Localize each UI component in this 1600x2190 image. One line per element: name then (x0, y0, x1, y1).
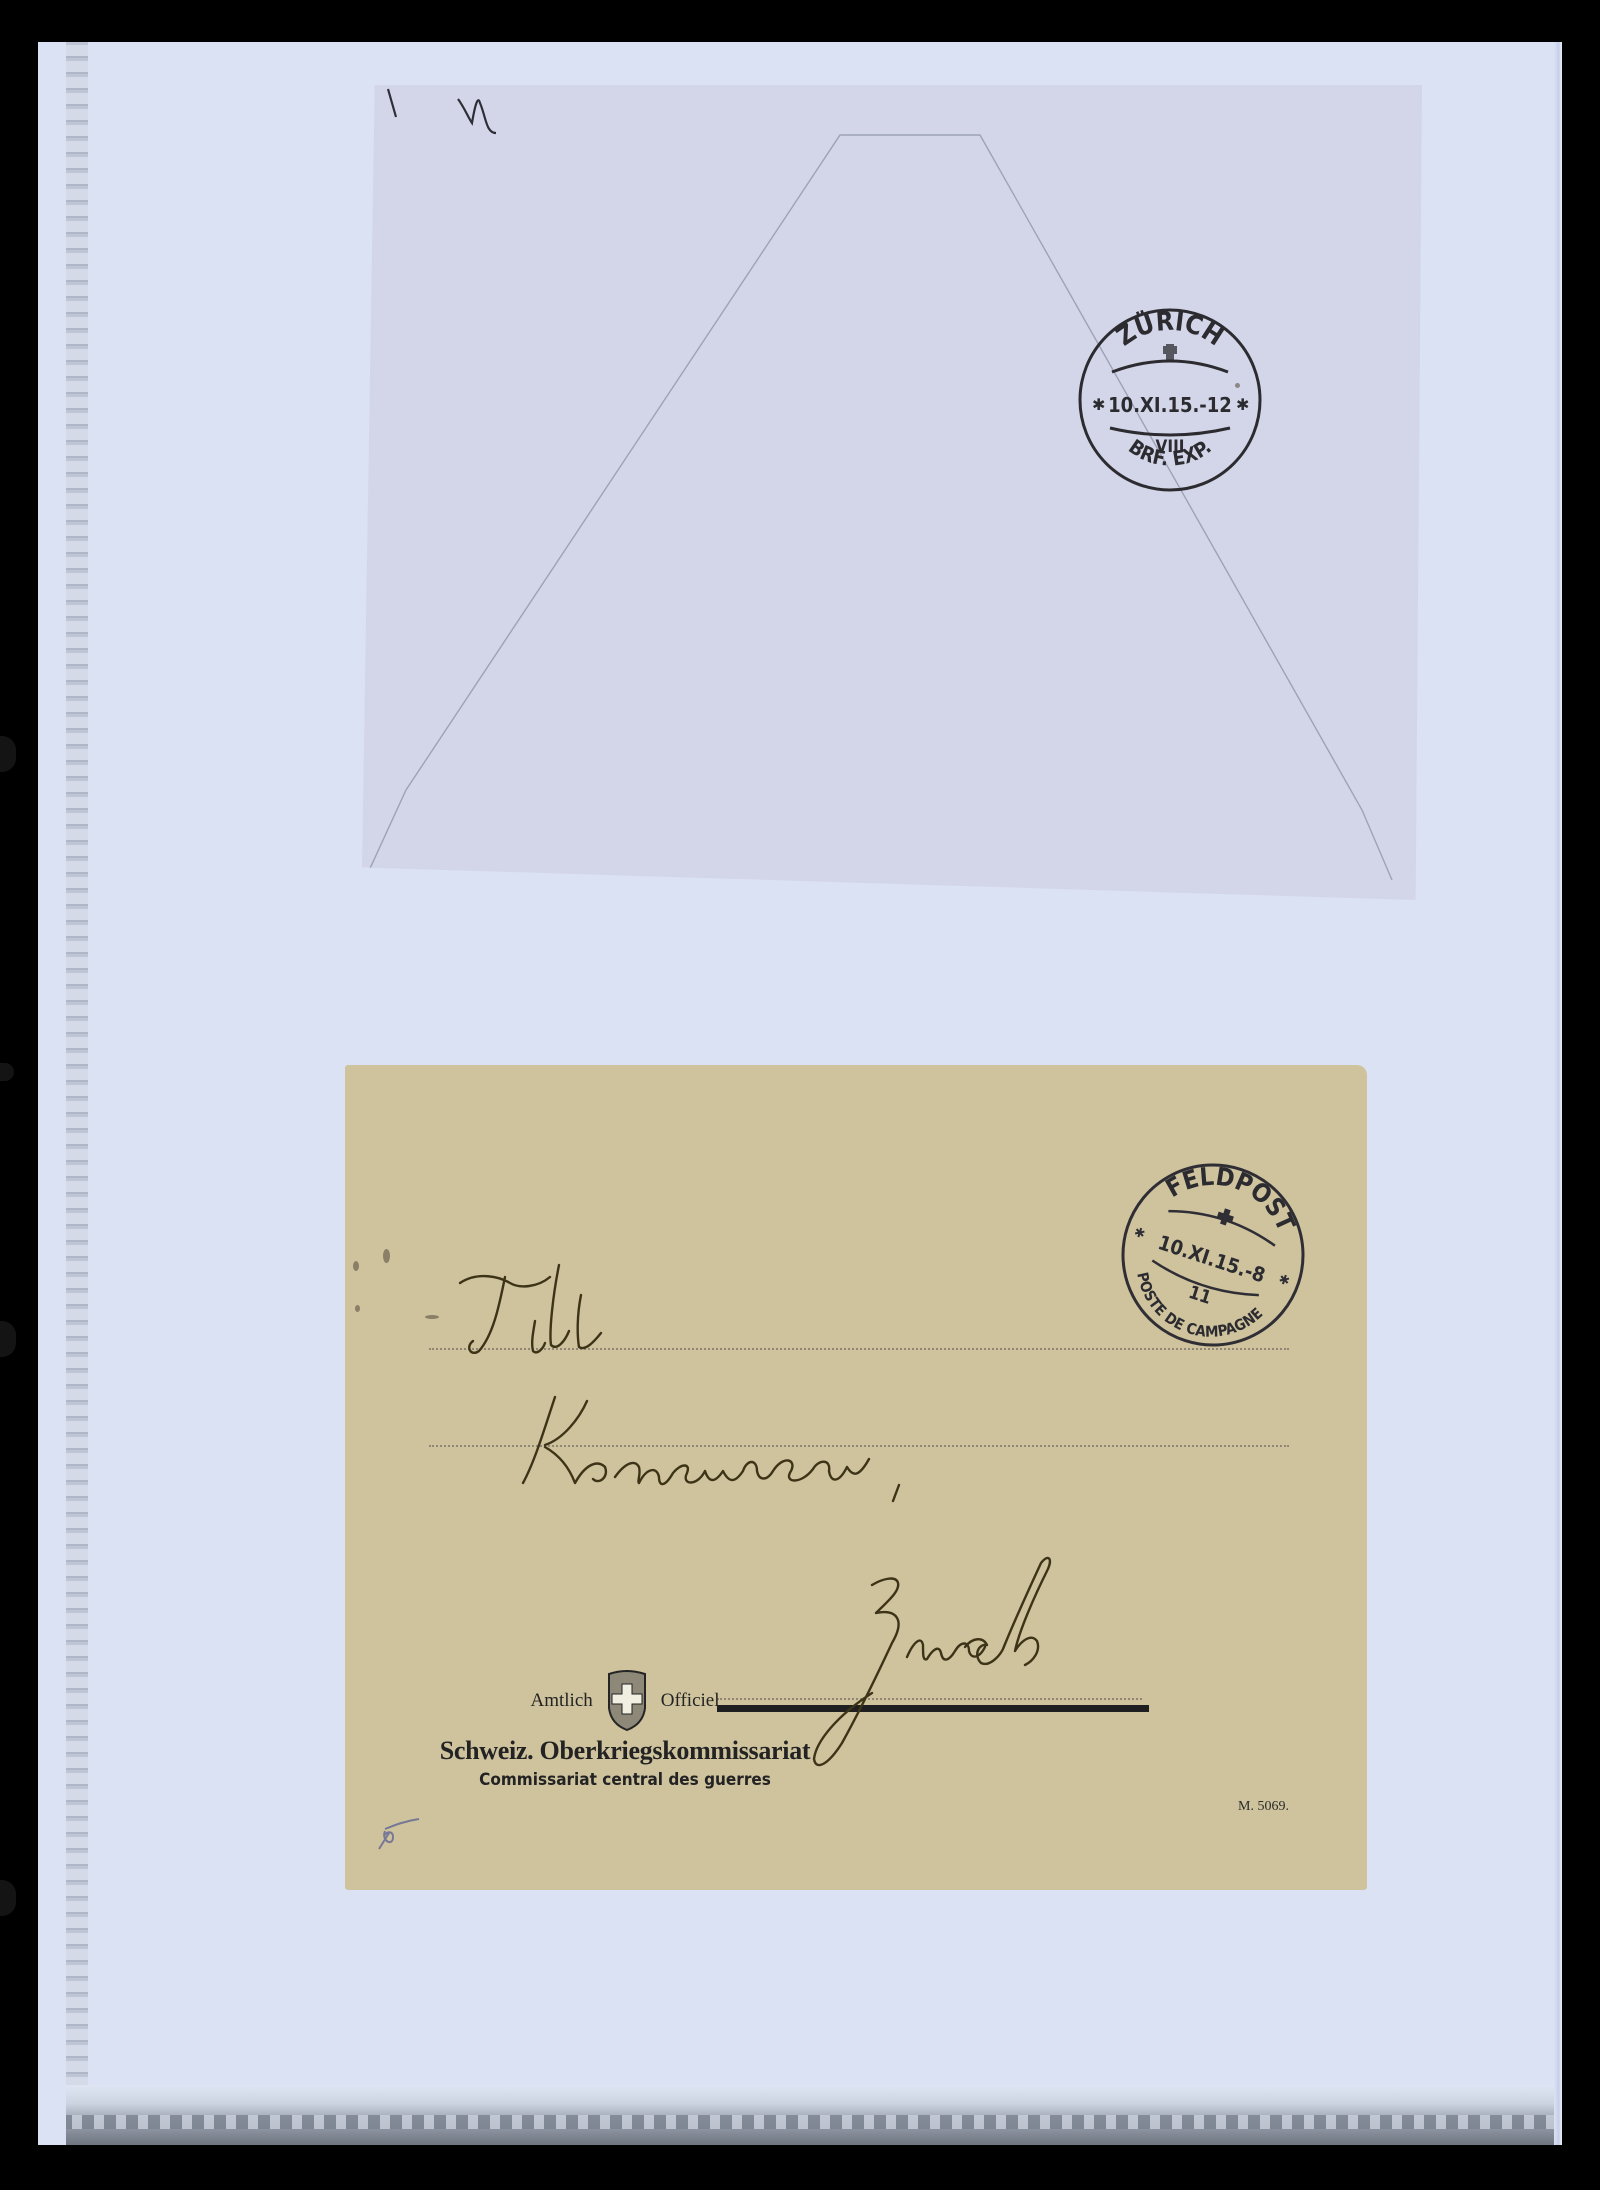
cover-top-envelope-back: ʌ ZÜRICH 10.XI.15.-12 VIII BRF. EXP. ✱ ✱ (362, 85, 1422, 900)
swiss-shield-icon (605, 1670, 649, 1732)
official-imprint: Amtlich Officiel Schweiz. Oberkriegskomm… (395, 1670, 855, 1790)
form-number: M. 5069. (1238, 1799, 1289, 1815)
binder-ring-hole (0, 1880, 16, 1916)
imprint-amtlich: Amtlich (530, 1690, 592, 1712)
swiss-cross-icon (1163, 344, 1177, 362)
handwriting-konsumverein (523, 1397, 899, 1501)
binder-ring-hole (0, 1321, 16, 1357)
star-icon: ✱ (1236, 395, 1249, 414)
star-icon: ✱ (1092, 395, 1105, 414)
sleeve-bottom-edge (66, 2085, 1562, 2145)
cover-bottom-envelope-front: FELDPOST 10.XI.15.-8 11 POSTE DE CAMPAGN… (345, 1065, 1367, 1890)
imprint-officiel: Officiel (661, 1690, 720, 1712)
svg-text:10.XI.15.-12: 10.XI.15.-12 (1108, 393, 1232, 417)
binder-ring-hole (0, 736, 16, 772)
imprint-org-de: Schweiz. Oberkriegskommissariat (395, 1736, 855, 1766)
zurich-postmark: ZÜRICH 10.XI.15.-12 VIII BRF. EXP. ✱ ✱ (1070, 300, 1270, 500)
pencil-mark-icon (388, 89, 496, 133)
pencil-note (363, 1805, 433, 1855)
imprint-org-fr: Commissariat central des guerres (395, 1770, 855, 1790)
binder-ring-hole (0, 1063, 14, 1081)
handwriting-titl (460, 1265, 601, 1353)
binder-perforation-strip (66, 42, 88, 2145)
